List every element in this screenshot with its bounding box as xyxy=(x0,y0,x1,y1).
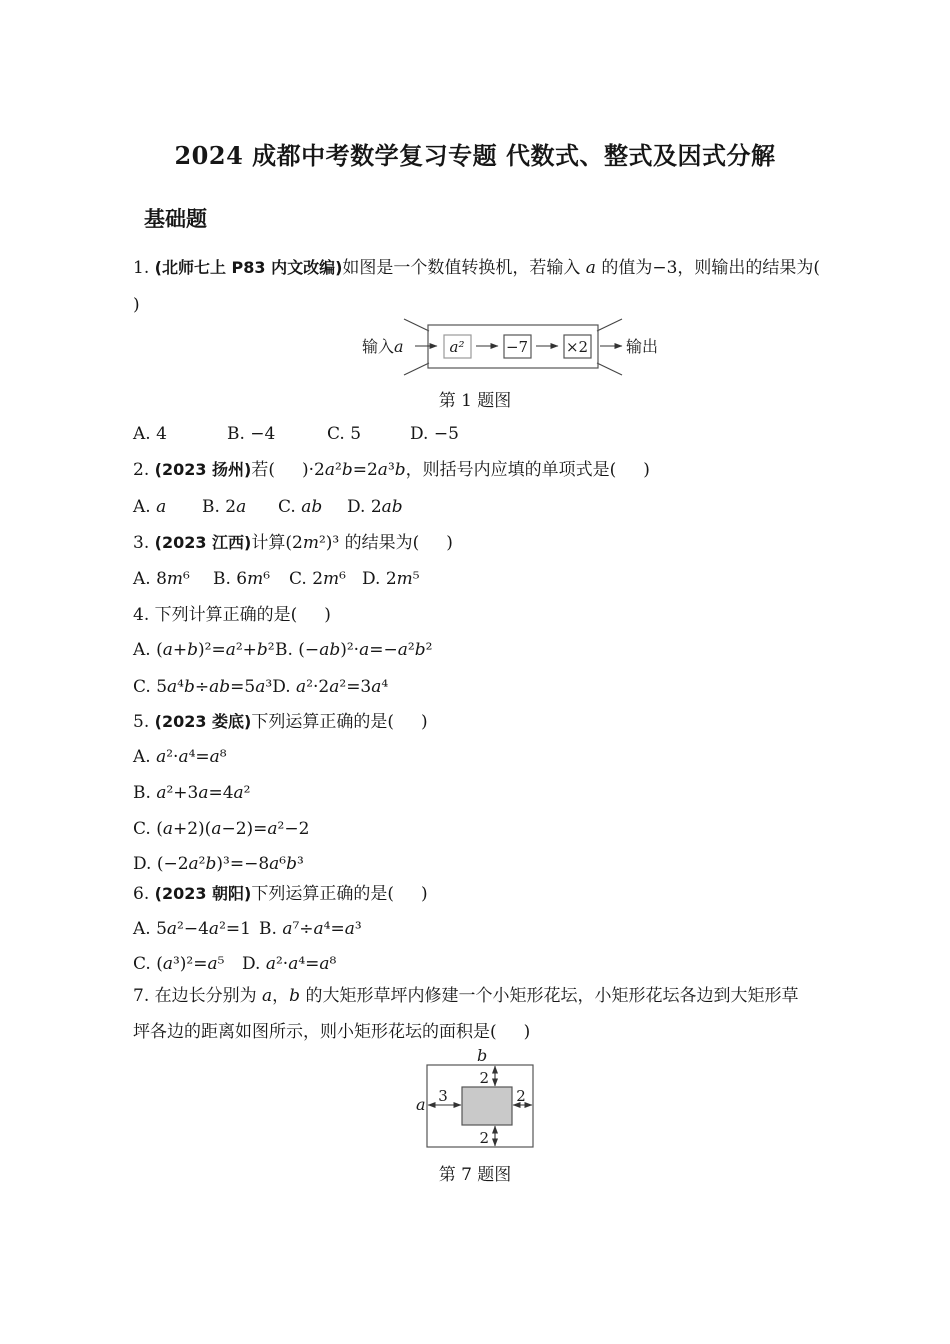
outer-height-label: a xyxy=(416,1095,426,1114)
funnel-line-top-right xyxy=(597,319,622,331)
q5-number: 5. xyxy=(133,712,155,732)
q5-text: 5. (2023 娄底)下列运算正确的是( ) xyxy=(133,712,833,732)
q2-option-c: C. ab xyxy=(278,497,347,517)
q3-option-b: B. 6m⁶ xyxy=(213,569,289,589)
q5-stem: 下列运算正确的是( ) xyxy=(251,712,427,732)
q2-option-d: D. 2ab xyxy=(347,497,403,517)
q4-number: 4. xyxy=(133,605,155,625)
q7-text-line1: 7. 在边长分别为 a，b 的大矩形草坪内修建一个小矩形花坛，小矩形花坛各边到大… xyxy=(133,986,833,1006)
output-label: 输出 xyxy=(626,337,658,356)
document-body: { "page": { "title": "2024 成都中考数学复习专题 代数… xyxy=(0,0,950,1344)
q5-option-d: D. (−2a²b)³=−8a⁶b³ xyxy=(133,854,833,874)
q4-stem: 下列计算正确的是( ) xyxy=(155,605,331,625)
q1-option-c: C. 5 xyxy=(327,424,410,444)
q4-option-a: A. (a+b)²=a²+b² xyxy=(133,640,275,660)
q2-options-row: A. aB. 2aC. abD. 2ab xyxy=(133,497,833,517)
q1-option-a: A. 4 xyxy=(133,424,227,444)
q5-option-a: A. a²·a⁴=a⁸ xyxy=(133,747,833,767)
q7-figure-caption: 第 7 题图 xyxy=(0,1160,950,1185)
top-gap-value: 2 xyxy=(479,1069,489,1087)
q7-text-line2: 坪各边的距离如图所示，则小矩形花坛的面积是( ) xyxy=(133,1022,833,1042)
q3-source-tag: (2023 江西) xyxy=(155,533,252,552)
q3-stem: 计算(2m²)³ 的结果为( ) xyxy=(251,533,453,553)
q6-option-d: D. a²·a⁴=a⁸ xyxy=(242,954,336,974)
q2-source-tag: (2023 扬州) xyxy=(155,460,252,479)
q4-options-row-2: C. 5a⁴b÷ab=5a³D. a²·2a²=3a⁴ xyxy=(133,677,833,697)
q5-option-b: B. a²+3a=4a² xyxy=(133,783,833,803)
q3-text: 3. (2023 江西)计算(2m²)³ 的结果为( ) xyxy=(133,533,833,553)
q3-number: 3. xyxy=(133,533,155,553)
q2-option-a: A. a xyxy=(133,497,202,517)
q6-number: 6. xyxy=(133,884,155,904)
q1-option-d: D. −5 xyxy=(410,424,459,444)
input-label: 输入a xyxy=(362,337,404,356)
q2-option-b: B. 2a xyxy=(202,497,278,517)
left-gap-value: 3 xyxy=(438,1087,448,1105)
q6-option-b: B. a⁷÷a⁴=a³ xyxy=(259,919,362,939)
step-box-times2-label: ×2 xyxy=(566,338,588,356)
q1-number: 1. xyxy=(133,258,155,278)
page-title: 2024 成都中考数学复习专题 代数式、整式及因式分解 xyxy=(0,136,950,171)
bottom-gap-value: 2 xyxy=(479,1129,489,1147)
q7-lawn-figure: b a 2 3 2 2 xyxy=(415,1046,547,1152)
q1-figure-caption: 第 1 题图 xyxy=(0,386,950,411)
q3-option-d: D. 2m⁵ xyxy=(362,569,420,589)
q6-options-row-2: C. (a³)²=a⁵D. a²·a⁴=a⁸ xyxy=(133,954,833,974)
q6-option-c: C. (a³)²=a⁵ xyxy=(133,954,242,974)
q2-text: 2. (2023 扬州)若( )·2a²b=2a³b，则括号内应填的单项式是( … xyxy=(133,460,833,480)
q2-stem: 若( )·2a²b=2a³b，则括号内应填的单项式是( ) xyxy=(251,460,650,480)
q6-stem: 下列运算正确的是( ) xyxy=(251,884,427,904)
q1-options-row: A. 4B. −4C. 5D. −5 xyxy=(133,424,833,444)
q3-option-c: C. 2m⁶ xyxy=(289,569,362,589)
q1-option-b: B. −4 xyxy=(227,424,327,444)
section-heading: 基础题 xyxy=(144,203,207,233)
outer-width-label: b xyxy=(477,1046,487,1065)
q1-stem: 如图是一个数值转换机，若输入 a 的值为−3，则输出的结果为( xyxy=(342,258,820,278)
funnel-line-bottom-right xyxy=(597,363,622,375)
q4-option-d: D. a²·2a²=3a⁴ xyxy=(272,677,388,697)
q3-option-a: A. 8m⁶ xyxy=(133,569,213,589)
q6-option-a: A. 5a²−4a²=1 xyxy=(133,919,259,939)
q5-source-tag: (2023 娄底) xyxy=(155,712,252,731)
q6-source-tag: (2023 朝阳) xyxy=(155,884,252,903)
q3-options-row: A. 8m⁶B. 6m⁶C. 2m⁶D. 2m⁵ xyxy=(133,569,833,589)
q1-text-line2: ) xyxy=(133,295,833,315)
q1-number-machine-figure: 输入a a² −7 ×2 输出 xyxy=(360,315,666,381)
right-gap-value: 2 xyxy=(516,1087,526,1105)
funnel-line-top-left xyxy=(404,319,429,331)
step-box-minus7-label: −7 xyxy=(506,338,528,356)
q1-text-line1: 1. (北师七上 P83 内文改编)如图是一个数值转换机，若输入 a 的值为−3… xyxy=(133,258,833,278)
q4-option-b: B. (−ab)²·a=−a²b² xyxy=(275,640,432,660)
q6-text: 6. (2023 朝阳)下列运算正确的是( ) xyxy=(133,884,833,904)
q4-options-row-1: A. (a+b)²=a²+b²B. (−ab)²·a=−a²b² xyxy=(133,640,833,660)
q2-number: 2. xyxy=(133,460,155,480)
q6-options-row-1: A. 5a²−4a²=1B. a⁷÷a⁴=a³ xyxy=(133,919,833,939)
q4-text: 4. 下列计算正确的是( ) xyxy=(133,605,833,625)
q4-option-c: C. 5a⁴b÷ab=5a³ xyxy=(133,677,272,697)
step-box-square-label: a² xyxy=(450,338,465,356)
funnel-line-bottom-left xyxy=(404,363,429,375)
inner-flowerbed-rect xyxy=(462,1087,512,1125)
q5-option-c: C. (a+2)(a−2)=a²−2 xyxy=(133,819,833,839)
q1-source-tag: (北师七上 P83 内文改编) xyxy=(155,258,343,277)
